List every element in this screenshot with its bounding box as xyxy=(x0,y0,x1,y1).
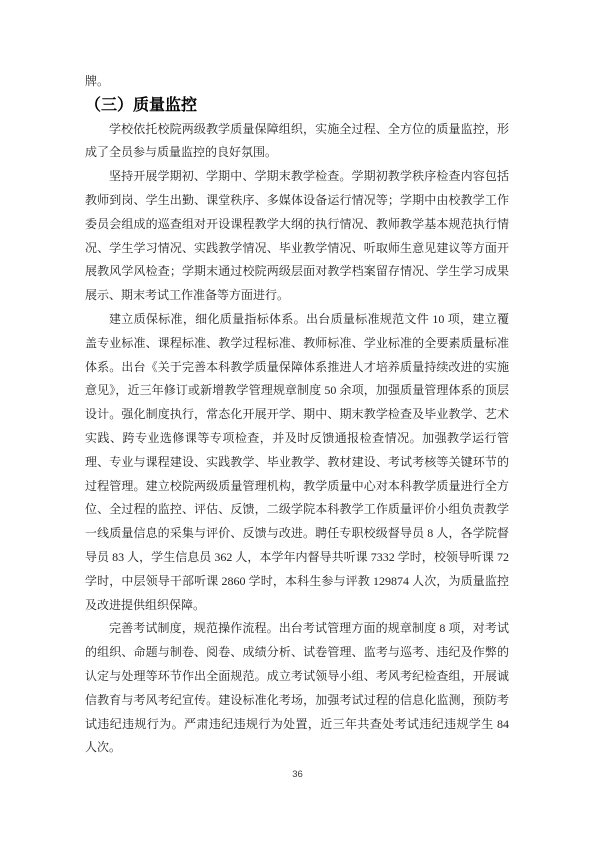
section-heading: （三）质量监控 xyxy=(85,94,509,118)
paragraph: 坚持开展学期初、学期中、学期末教学检查。学期初教学秩序检查内容包括教师到岗、学生… xyxy=(85,165,509,308)
paragraph: 完善考试制度，规范操作流程。出台考试管理方面的规章制度 8 项，对考试的组织、命… xyxy=(85,617,509,760)
paragraph-fragment: 牌。 xyxy=(85,70,509,94)
paragraph: 建立质保标准，细化质量指标体系。出台质量标准规范文件 10 项，建立覆盖专业标准… xyxy=(85,308,509,617)
page-number: 36 xyxy=(0,768,595,782)
document-page: 牌。 （三）质量监控 学校依托校院两级教学质量保障组织，实施全过程、全方位的质量… xyxy=(0,0,595,842)
paragraph: 学校依托校院两级教学质量保障组织，实施全过程、全方位的质量监控，形成了全员参与质… xyxy=(85,118,509,166)
page-body: 牌。 （三）质量监控 学校依托校院两级教学质量保障组织，实施全过程、全方位的质量… xyxy=(85,70,509,760)
